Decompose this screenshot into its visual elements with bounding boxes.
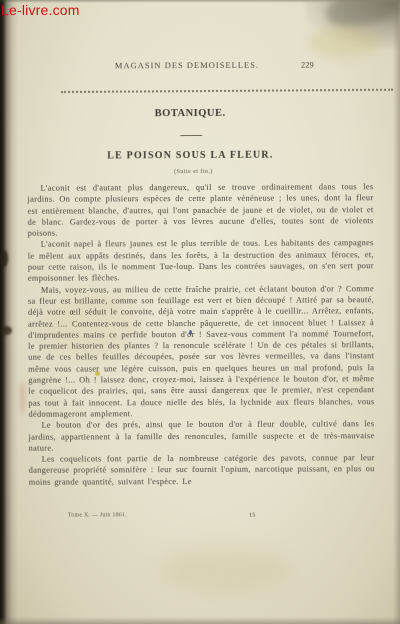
article-subtitle: (Suite et fin.) — [0, 167, 387, 176]
article-body: L'aconit est d'autant plus dangereux, qu… — [27, 181, 374, 488]
paragraph: Les coquelicots font partie de la nombre… — [29, 452, 375, 487]
article-title: LE POISON SOUS LA FLEUR. — [0, 149, 381, 162]
scanned-book-page: Le-livre.com MAGASIN DES DEMOISELLES. 22… — [0, 0, 400, 624]
paragraph: Mais, voyez-vous, au milieu de cette fra… — [28, 283, 375, 420]
paragraph: L'aconit napel à fleurs jaunes est le pl… — [28, 238, 374, 285]
header-dotted-rule — [61, 89, 393, 93]
running-header-title: MAGASIN DES DEMOISELLES. — [0, 59, 375, 71]
page-content: MAGASIN DES DEMOISELLES. 229 BOTANIQUE. … — [0, 0, 400, 624]
paragraph: L'aconit est d'autant plus dangereux, qu… — [27, 181, 373, 239]
section-divider — [180, 135, 202, 136]
page-number: 229 — [301, 60, 314, 70]
footer-sheet-number: 15 — [249, 512, 256, 519]
paragraph: Le bouton d'or des prés, ainsi que le bo… — [28, 418, 374, 453]
section-title: BOTANIQUE. — [0, 107, 381, 120]
footer-signature: Tome X. — Juin 1861. — [68, 512, 127, 518]
